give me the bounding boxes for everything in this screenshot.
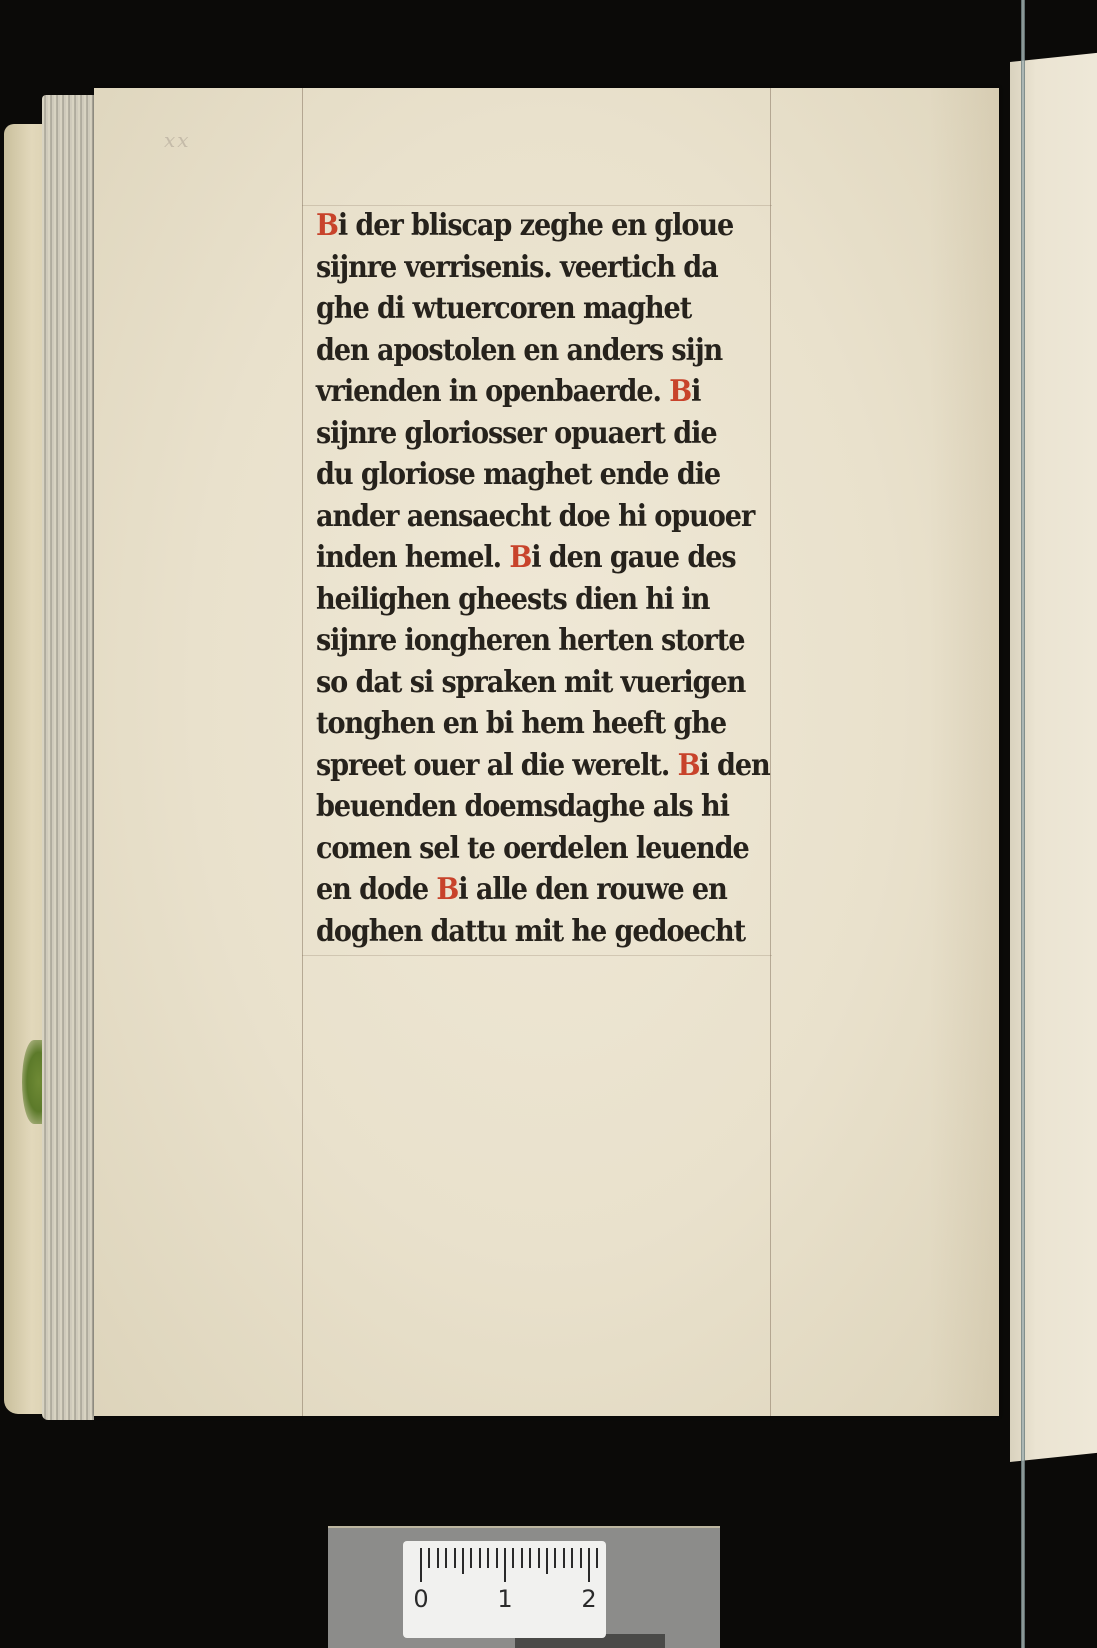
rubricated-initial: B <box>661 374 691 409</box>
text-line: comen sel te oerdelen leuende <box>316 828 786 870</box>
ruling-bottom <box>302 955 772 956</box>
line-text: sijnre gloriosser opuaert die <box>316 416 716 451</box>
cm-ruler: 012 <box>403 1541 606 1638</box>
ruler-tick <box>563 1548 565 1568</box>
text-line: tonghen en bi hem heeft ghe <box>316 703 786 745</box>
text-line: sijnre gloriosser opuaert die <box>316 413 786 455</box>
line-text: heilighen gheests dien hi in <box>316 582 709 617</box>
line-text: i der bliscap zeghe en gloue <box>338 208 733 243</box>
line-text: ander aensaecht doe hi opuoer <box>316 499 754 534</box>
text-line: sijnre verrisenis. veertich da <box>316 247 786 289</box>
ruler-tick <box>512 1548 514 1568</box>
ruler-tick <box>420 1548 422 1582</box>
ruler-tick <box>462 1548 464 1574</box>
line-text: i <box>691 374 700 409</box>
ruler-tick <box>470 1548 472 1568</box>
line-text: so dat si spraken mit vuerigen <box>316 665 745 700</box>
text-line: Bi der bliscap zeghe en gloue <box>316 205 786 247</box>
ruler-tick <box>538 1548 540 1568</box>
text-line: du gloriose maghet ende die <box>316 454 786 496</box>
ruler-tick <box>437 1548 439 1568</box>
text-line: spreet ouer al die werelt. Bi den <box>316 745 786 787</box>
text-line: vrienden in openbaerde. Bi <box>316 371 786 413</box>
text-line: doghen dattu mit he gedoecht <box>316 911 786 953</box>
text-line: sijnre iongheren herten storte <box>316 620 786 662</box>
ruler-tick <box>554 1548 556 1568</box>
text-line: den apostolen en anders sijn <box>316 330 786 372</box>
text-line: en dode Bi alle den rouwe en <box>316 869 786 911</box>
line-text: sijnre iongheren herten storte <box>316 623 744 658</box>
ruler-tick <box>529 1548 531 1568</box>
text-line: ander aensaecht doe hi opuoer <box>316 496 786 538</box>
ruler-tick <box>487 1548 489 1568</box>
glass-plate-edge <box>1021 0 1025 1648</box>
ruler-tick <box>496 1548 498 1568</box>
ruler-tick <box>546 1548 548 1574</box>
ruler-tick <box>588 1548 590 1582</box>
line-text: spreet ouer al die werelt. <box>316 748 669 783</box>
ruler-label: 0 <box>413 1585 428 1613</box>
line-text: sijnre verrisenis. veertich da <box>316 250 718 285</box>
ruler-tick <box>504 1548 506 1582</box>
line-text: comen sel te oerdelen leuende <box>316 831 749 866</box>
line-text: ghe di wtuercoren maghet <box>316 291 691 326</box>
ruler-tick <box>521 1548 523 1568</box>
ruler-tick <box>580 1548 582 1568</box>
folio-number: xx <box>164 128 191 152</box>
line-text: i den <box>699 748 769 783</box>
ruler-tick <box>445 1548 447 1568</box>
text-line: heilighen gheests dien hi in <box>316 579 786 621</box>
line-text: i alle den rouwe en <box>458 872 726 907</box>
text-line: ghe di wtuercoren maghet <box>316 288 786 330</box>
rubricated-initial: B <box>428 872 458 907</box>
line-text: vrienden in openbaerde. <box>316 374 661 409</box>
ruler-label: 1 <box>497 1585 512 1613</box>
text-line: so dat si spraken mit vuerigen <box>316 662 786 704</box>
rubricated-initial: B <box>316 208 338 243</box>
line-text: en dode <box>316 872 428 907</box>
ruler-label: 2 <box>581 1585 596 1613</box>
ruler-tick <box>571 1548 573 1568</box>
line-text: den apostolen en anders sijn <box>316 333 722 368</box>
line-text: du gloriose maghet ende die <box>316 457 720 492</box>
line-text: beuenden doemsdaghe als hi <box>316 789 729 824</box>
foxing-stain <box>929 88 999 1416</box>
line-text: tonghen en bi hem heeft ghe <box>316 706 726 741</box>
line-text: i den gaue des <box>531 540 735 575</box>
ruling-left <box>302 88 303 1416</box>
line-text: doghen dattu mit he gedoecht <box>316 914 745 949</box>
rubricated-initial: B <box>501 540 531 575</box>
text-line: beuenden doemsdaghe als hi <box>316 786 786 828</box>
text-block: Bi der bliscap zeghe en glouesijnre verr… <box>316 205 836 952</box>
line-text: inden hemel. <box>316 540 501 575</box>
ruler-tick <box>428 1548 430 1568</box>
text-line: inden hemel. Bi den gaue des <box>316 537 786 579</box>
manuscript-leaf: xx Bi der bliscap zeghe en glouesijnre v… <box>94 88 999 1416</box>
rubricated-initial: B <box>669 748 699 783</box>
ruler-tick <box>479 1548 481 1568</box>
ruler-tick <box>596 1548 598 1568</box>
page-edges <box>42 95 94 1420</box>
ruler-tick <box>454 1548 456 1568</box>
